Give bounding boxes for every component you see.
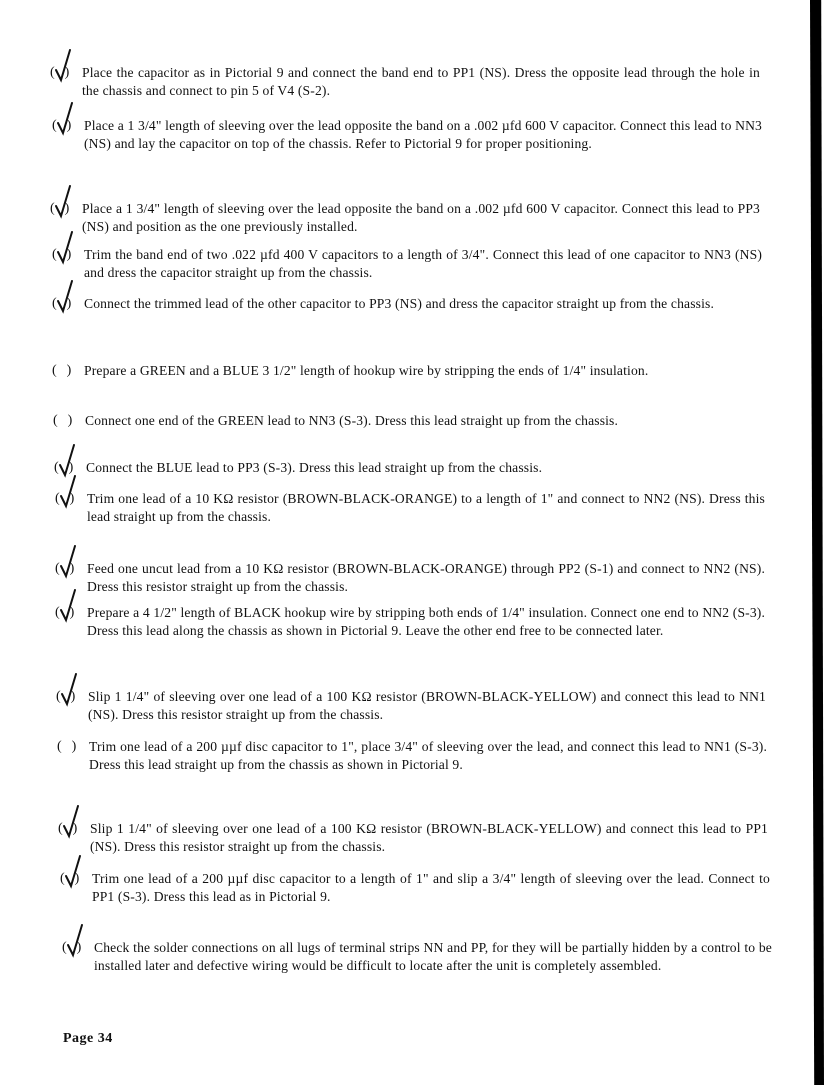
step-item: ( )Connect the trimmed lead of the other… [52, 295, 762, 313]
step-item: ( )Place a 1 3/4" length of sleeving ove… [52, 117, 762, 152]
step-checkbox[interactable]: ( ) [50, 64, 82, 82]
page-number: Page 34 [63, 1031, 113, 1047]
step-checkbox[interactable]: ( ) [53, 412, 85, 430]
step-text: Slip 1 1/4" of sleeving over one lead of… [88, 688, 766, 723]
step-item: ( )Trim one lead of a 10 KΩ resistor (BR… [55, 490, 765, 525]
step-checkbox[interactable]: ( ) [55, 490, 87, 508]
step-text: Trim the band end of two .022 µfd 400 V … [84, 246, 762, 281]
step-checkbox[interactable]: ( ) [58, 820, 90, 838]
step-item: ( )Prepare a GREEN and a BLUE 3 1/2" len… [52, 362, 762, 380]
step-item: ( )Connect the BLUE lead to PP3 (S-3). D… [54, 459, 764, 477]
step-item: ( )Slip 1 1/4" of sleeving over one lead… [58, 820, 768, 855]
step-checkbox[interactable]: ( ) [55, 604, 87, 622]
step-checkbox[interactable]: ( ) [57, 738, 89, 756]
step-checkbox[interactable]: ( ) [62, 939, 94, 957]
step-checkbox[interactable]: ( ) [52, 246, 84, 264]
step-text: Trim one lead of a 10 KΩ resistor (BROWN… [87, 490, 765, 525]
step-item: ( )Place a 1 3/4" length of sleeving ove… [50, 200, 760, 235]
step-text: Connect one end of the GREEN lead to NN3… [85, 412, 763, 430]
step-item: ( )Slip 1 1/4" of sleeving over one lead… [56, 688, 766, 723]
step-text: Place a 1 3/4" length of sleeving over t… [84, 117, 762, 152]
step-checkbox[interactable]: ( ) [54, 459, 86, 477]
step-item: ( )Connect one end of the GREEN lead to … [53, 412, 763, 430]
step-checkbox[interactable]: ( ) [50, 200, 82, 218]
step-text: Trim one lead of a 200 µµf disc capacito… [89, 738, 767, 773]
step-text: Prepare a 4 1/2" length of BLACK hookup … [87, 604, 765, 639]
step-text: Place a 1 3/4" length of sleeving over t… [82, 200, 760, 235]
step-text: Feed one uncut lead from a 10 KΩ resisto… [87, 560, 765, 595]
step-item: ( )Check the solder connections on all l… [62, 939, 772, 974]
step-text: Connect the trimmed lead of the other ca… [84, 295, 762, 313]
step-text: Slip 1 1/4" of sleeving over one lead of… [90, 820, 768, 855]
step-text: Prepare a GREEN and a BLUE 3 1/2" length… [84, 362, 762, 380]
step-item: ( )Feed one uncut lead from a 10 KΩ resi… [55, 560, 765, 595]
step-text: Trim one lead of a 200 µµf disc capacito… [92, 870, 770, 905]
scan-edge-shadow [810, 0, 824, 1085]
step-item: ( )Trim one lead of a 200 µµf disc capac… [57, 738, 767, 773]
step-item: ( )Prepare a 4 1/2" length of BLACK hook… [55, 604, 765, 639]
step-item: ( )Place the capacitor as in Pictorial 9… [50, 64, 760, 99]
step-checkbox[interactable]: ( ) [56, 688, 88, 706]
step-checkbox[interactable]: ( ) [52, 117, 84, 135]
step-text: Place the capacitor as in Pictorial 9 an… [82, 64, 760, 99]
step-text: Check the solder connections on all lugs… [94, 939, 772, 974]
step-checkbox[interactable]: ( ) [55, 560, 87, 578]
step-item: ( )Trim the band end of two .022 µfd 400… [52, 246, 762, 281]
step-checkbox[interactable]: ( ) [52, 295, 84, 313]
step-item: ( )Trim one lead of a 200 µµf disc capac… [60, 870, 770, 905]
step-checkbox[interactable]: ( ) [60, 870, 92, 888]
step-text: Connect the BLUE lead to PP3 (S-3). Dres… [86, 459, 764, 477]
step-checkbox[interactable]: ( ) [52, 362, 84, 380]
